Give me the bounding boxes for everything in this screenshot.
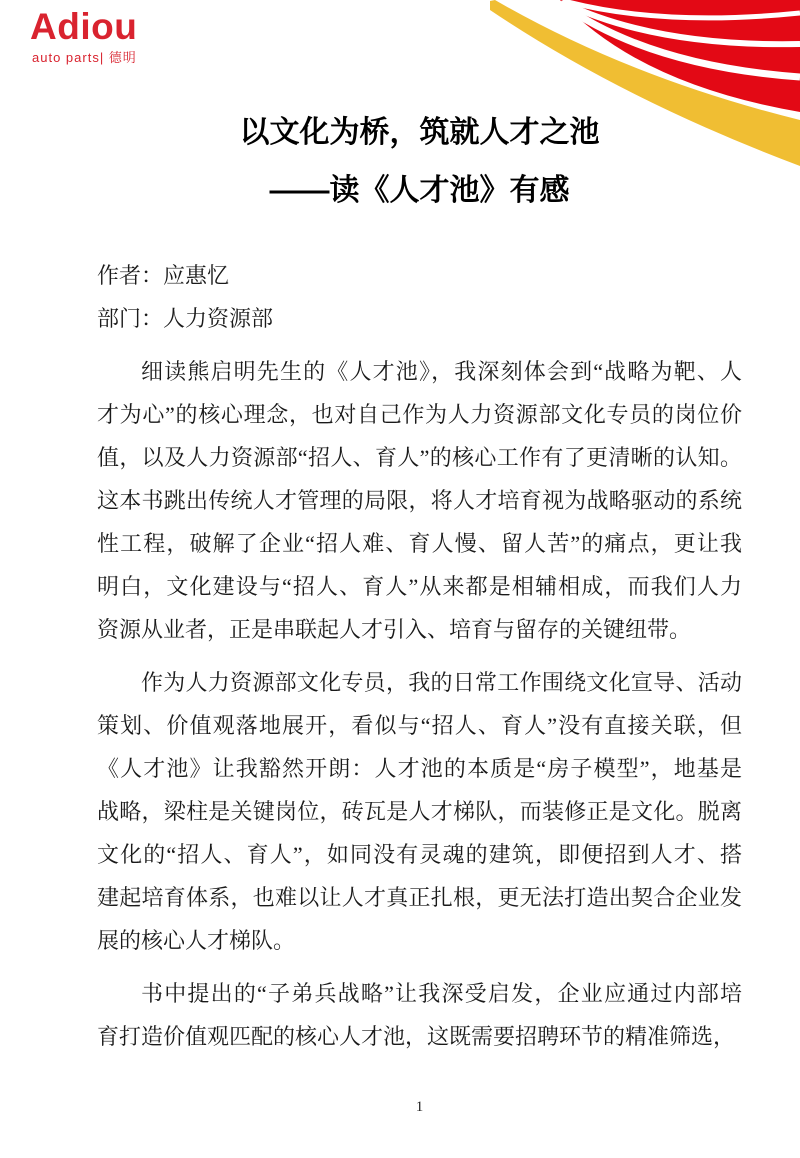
author-line: 作者：应惠忆 bbox=[97, 254, 742, 297]
department-line: 部门：人力资源部 bbox=[97, 297, 742, 340]
paragraph-2: 作为人力资源部文化专员，我的日常工作围绕文化宣导、活动策划、价值观落地展开，看似… bbox=[97, 661, 742, 962]
text-line: 展的核心人才梯队。 bbox=[97, 919, 742, 962]
document-title: 以文化为桥，筑就人才之池 ——读《人才池》有感 bbox=[97, 104, 742, 220]
document-meta: 作者：应惠忆 部门：人力资源部 bbox=[97, 254, 742, 340]
text-line: 这本书跳出传统人才管理的局限，将人才培育视为战略驱动的系统 bbox=[97, 479, 742, 522]
paragraph-1: 细读熊启明先生的《人才池》，我深刻体会到“战略为靶、人才为心”的核心理念，也对自… bbox=[97, 350, 742, 651]
document-page: { "logo": { "wordmark": "Adiou", "taglin… bbox=[0, 0, 800, 1158]
text-line: 值，以及人力资源部“招人、育人”的核心工作有了更清晰的认知。 bbox=[97, 436, 742, 479]
page-number: 1 bbox=[97, 1099, 742, 1116]
paragraph-3: 书中提出的“子弟兵战略”让我深受启发，企业应通过内部培育打造价值观匹配的核心人才… bbox=[97, 972, 742, 1058]
document-body: 以文化为桥，筑就人才之池 ——读《人才池》有感 作者：应惠忆 部门：人力资源部 … bbox=[97, 0, 742, 1058]
title-line-2: ——读《人才池》有感 bbox=[97, 162, 742, 220]
title-line-1: 以文化为桥，筑就人才之池 bbox=[97, 104, 742, 162]
text-line: 文化的“招人、育人”，如同没有灵魂的建筑，即便招到人才、搭 bbox=[97, 833, 742, 876]
text-line: 《人才池》让我豁然开朗：人才池的本质是“房子模型”，地基是 bbox=[97, 747, 742, 790]
text-line: 细读熊启明先生的《人才池》，我深刻体会到“战略为靶、人 bbox=[97, 350, 742, 393]
text-line: 性工程，破解了企业“招人难、育人慢、留人苦”的痛点，更让我 bbox=[97, 522, 742, 565]
text-line: 战略，梁柱是关键岗位，砖瓦是人才梯队，而装修正是文化。脱离 bbox=[97, 790, 742, 833]
text-line: 策划、价值观落地展开，看似与“招人、育人”没有直接关联，但 bbox=[97, 704, 742, 747]
text-line: 育打造价值观匹配的核心人才池，这既需要招聘环节的精准筛选， bbox=[97, 1015, 742, 1058]
text-line: 才为心”的核心理念，也对自己作为人力资源部文化专员的岗位价 bbox=[97, 393, 742, 436]
text-line: 明白，文化建设与“招人、育人”从来都是相辅相成，而我们人力 bbox=[97, 565, 742, 608]
text-line: 书中提出的“子弟兵战略”让我深受启发，企业应通过内部培 bbox=[97, 972, 742, 1015]
text-line: 资源从业者，正是串联起人才引入、培育与留存的关键纽带。 bbox=[97, 608, 742, 651]
text-line: 作为人力资源部文化专员，我的日常工作围绕文化宣导、活动 bbox=[97, 661, 742, 704]
text-line: 建起培育体系，也难以让人才真正扎根，更无法打造出契合企业发 bbox=[97, 876, 742, 919]
